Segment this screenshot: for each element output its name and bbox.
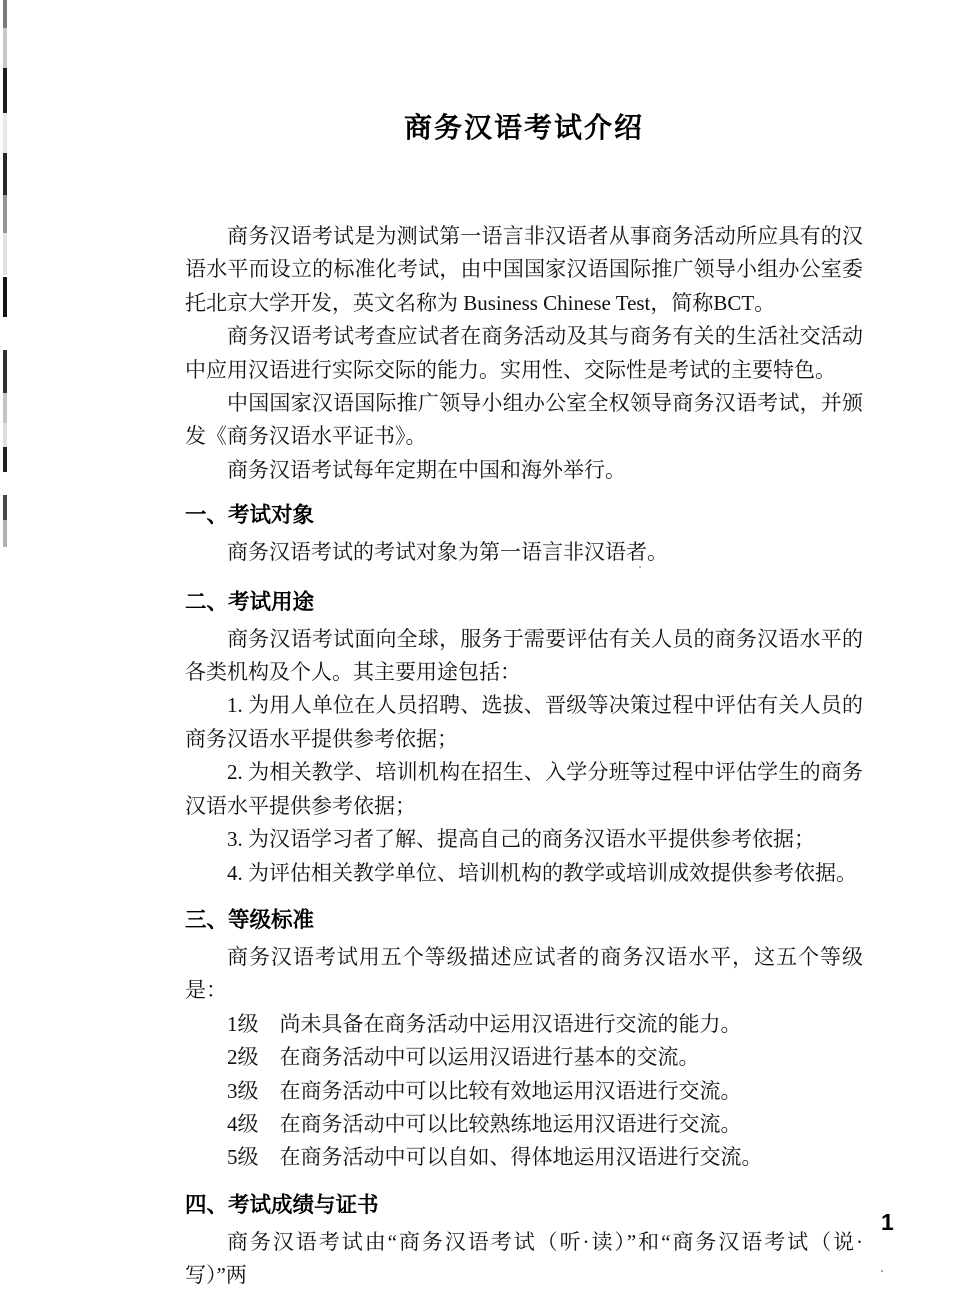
intro-paragraph: 中国国家汉语国际推广领导小组办公室全权领导商务汉语考试，并颁发《商务汉语水平证书…	[185, 387, 863, 454]
section-paragraph: 商务汉语考试面向全球，服务于需要评估有关人员的商务汉语水平的各类机构及个人。其主…	[185, 623, 863, 690]
scan-artifact	[3, 68, 7, 113]
section-paragraph: 商务汉语考试用五个等级描述应试者的商务汉语水平，这五个等级是：	[185, 941, 863, 1008]
scan-artifact	[3, 350, 7, 393]
section-scores-certificates: 四、考试成绩与证书 商务汉语考试由“商务汉语考试（听·读）”和“商务汉语考试（说…	[185, 1190, 863, 1293]
numbered-item: 2. 为相关教学、培训机构在招生、入学分班等过程中评估学生的商务汉语水平提供参考…	[185, 756, 863, 823]
level-item: 1级 尚未具备在商务活动中运用汉语进行交流的能力。	[185, 1008, 863, 1041]
scan-artifact	[3, 113, 7, 153]
scan-artifact	[3, 277, 7, 317]
page-number: 1	[881, 1209, 894, 1236]
section-paragraph: 商务汉语考试由“商务汉语考试（听·读）”和“商务汉语考试（说·写）”两	[185, 1226, 863, 1293]
level-item: 2级 在商务活动中可以运用汉语进行基本的交流。	[185, 1041, 863, 1074]
section-heading: 二、考试用途	[185, 587, 863, 617]
section-exam-uses: 二、考试用途 商务汉语考试面向全球，服务于需要评估有关人员的商务汉语水平的各类机…	[185, 587, 863, 890]
intro-paragraph: 商务汉语考试考查应试者在商务活动及其与商务有关的生活社交活动中应用汉语进行实际交…	[185, 320, 863, 387]
scan-artifact	[3, 153, 7, 195]
scanned-document-page: { "title": "商务汉语考试介绍", "page_number": "1…	[0, 0, 960, 1304]
scan-artifact	[3, 28, 7, 68]
section-heading: 一、考试对象	[185, 500, 863, 530]
section-exam-target: 一、考试对象 商务汉语考试的考试对象为第一语言非汉语者。	[185, 500, 863, 569]
scan-artifact	[3, 447, 7, 472]
numbered-item: 3. 为汉语学习者了解、提高自己的商务汉语水平提供参考依据；	[185, 823, 863, 856]
level-item: 4级 在商务活动中可以比较熟练地运用汉语进行交流。	[185, 1108, 863, 1141]
scan-artifact	[3, 233, 7, 275]
page-title: 商务汉语考试介绍	[185, 106, 863, 146]
scan-artifact	[3, 0, 7, 28]
scan-artifact	[3, 423, 7, 447]
section-level-standards: 三、等级标准 商务汉语考试用五个等级描述应试者的商务汉语水平，这五个等级是： 1…	[185, 905, 863, 1175]
scan-artifact	[3, 393, 7, 423]
numbered-item: 1. 为用人单位在人员招聘、选拔、晋级等决策过程中评估有关人员的商务汉语水平提供…	[185, 689, 863, 756]
document-body: 商务汉语考试介绍 商务汉语考试是为测试第一语言非汉语者从事商务活动所应具有的汉语…	[185, 106, 863, 1293]
scan-artifact	[3, 520, 7, 547]
intro-paragraph: 商务汉语考试每年定期在中国和海外举行。	[185, 454, 863, 487]
section-paragraph: 商务汉语考试的考试对象为第一语言非汉语者。	[185, 536, 863, 569]
intro-paragraph: 商务汉语考试是为测试第一语言非汉语者从事商务活动所应具有的汉语水平而设立的标准化…	[185, 220, 863, 320]
scan-artifact	[3, 495, 7, 520]
section-heading: 四、考试成绩与证书	[185, 1190, 863, 1220]
scan-artifact	[3, 195, 7, 233]
numbered-item: 4. 为评估相关教学单位、培训机构的教学或培训成效提供参考依据。	[185, 857, 863, 890]
section-heading: 三、等级标准	[185, 905, 863, 935]
scan-speck	[881, 1270, 883, 1272]
level-item: 5级 在商务活动中可以自如、得体地运用汉语进行交流。	[185, 1141, 863, 1174]
level-item: 3级 在商务活动中可以比较有效地运用汉语进行交流。	[185, 1075, 863, 1108]
